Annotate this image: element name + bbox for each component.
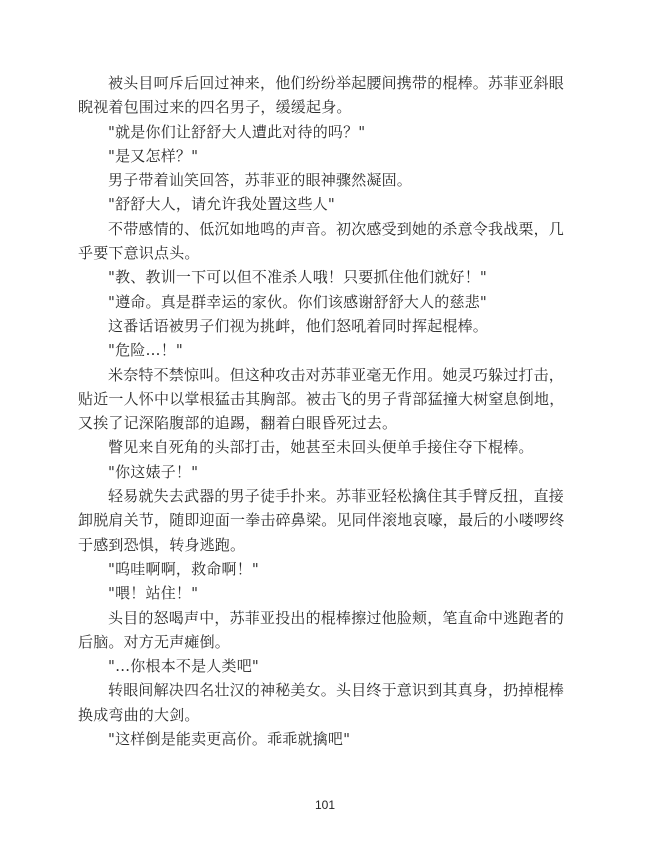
text-line: "…你根本不是人类吧" <box>78 654 568 678</box>
text-line: "喂！站住！" <box>78 581 568 605</box>
text-line: 被头目呵斥后回过神来，他们纷纷举起腰间携带的棍棒。苏菲亚斜眼 <box>78 71 568 95</box>
text-line: 睨视着包围过来的四名男子，缓缓起身。 <box>78 95 568 119</box>
text-line: "是又怎样？" <box>78 144 568 168</box>
text-line: 米奈特不禁惊叫。但这种攻击对苏菲亚毫无作用。她灵巧躲过打击， <box>78 363 568 387</box>
text-line: "遵命。真是群幸运的家伙。你们该感谢舒舒大人的慈悲" <box>78 290 568 314</box>
text-line: 换成弯曲的大剑。 <box>78 703 568 727</box>
text-line: "这样倒是能卖更高价。乖乖就擒吧" <box>78 727 568 751</box>
body-text: 被头目呵斥后回过神来，他们纷纷举起腰间携带的棍棒。苏菲亚斜眼 睨视着包围过来的四… <box>78 71 568 751</box>
text-line: "呜哇啊啊，救命啊！" <box>78 557 568 581</box>
text-line: 男子带着讪笑回答，苏菲亚的眼神骤然凝固。 <box>78 168 568 192</box>
book-page: 被头目呵斥后回过神来，他们纷纷举起腰间携带的棍棒。苏菲亚斜眼 睨视着包围过来的四… <box>0 0 650 850</box>
text-line: 乎要下意识点头。 <box>78 241 568 265</box>
text-line: 贴近一人怀中以掌根猛击其胸部。被击飞的男子背部猛撞大树窒息倒地， <box>78 387 568 411</box>
text-line: 又挨了记深陷腹部的追踢，翻着白眼昏死过去。 <box>78 411 568 435</box>
text-line: 瞥见来自死角的头部打击，她甚至未回头便单手接住夺下棍棒。 <box>78 435 568 459</box>
text-line: 后脑。对方无声瘫倒。 <box>78 630 568 654</box>
text-line: 这番话语被男子们视为挑衅，他们怒吼着同时挥起棍棒。 <box>78 314 568 338</box>
text-line: "你这婊子！" <box>78 460 568 484</box>
text-line: 卸脱肩关节，随即迎面一拳击碎鼻梁。见同伴滚地哀嚎，最后的小喽啰终 <box>78 508 568 532</box>
text-line: 于感到恐惧，转身逃跑。 <box>78 533 568 557</box>
text-line: "危险…！" <box>78 338 568 362</box>
text-line: "教、教训一下可以但不准杀人哦！只要抓住他们就好！" <box>78 265 568 289</box>
text-line: 转眼间解决四名壮汉的神秘美女。头目终于意识到其真身，扔掉棍棒 <box>78 678 568 702</box>
text-line: "就是你们让舒舒大人遭此对待的吗？" <box>78 120 568 144</box>
text-line: 头目的怒喝声中，苏菲亚投出的棍棒擦过他脸颊，笔直命中逃跑者的 <box>78 606 568 630</box>
page-number: 101 <box>0 798 650 812</box>
text-line: 轻易就失去武器的男子徒手扑来。苏菲亚轻松擒住其手臂反扭，直接 <box>78 484 568 508</box>
text-line: 不带感情的、低沉如地鸣的声音。初次感受到她的杀意令我战栗，几 <box>78 217 568 241</box>
text-line: "舒舒大人，请允许我处置这些人" <box>78 192 568 216</box>
